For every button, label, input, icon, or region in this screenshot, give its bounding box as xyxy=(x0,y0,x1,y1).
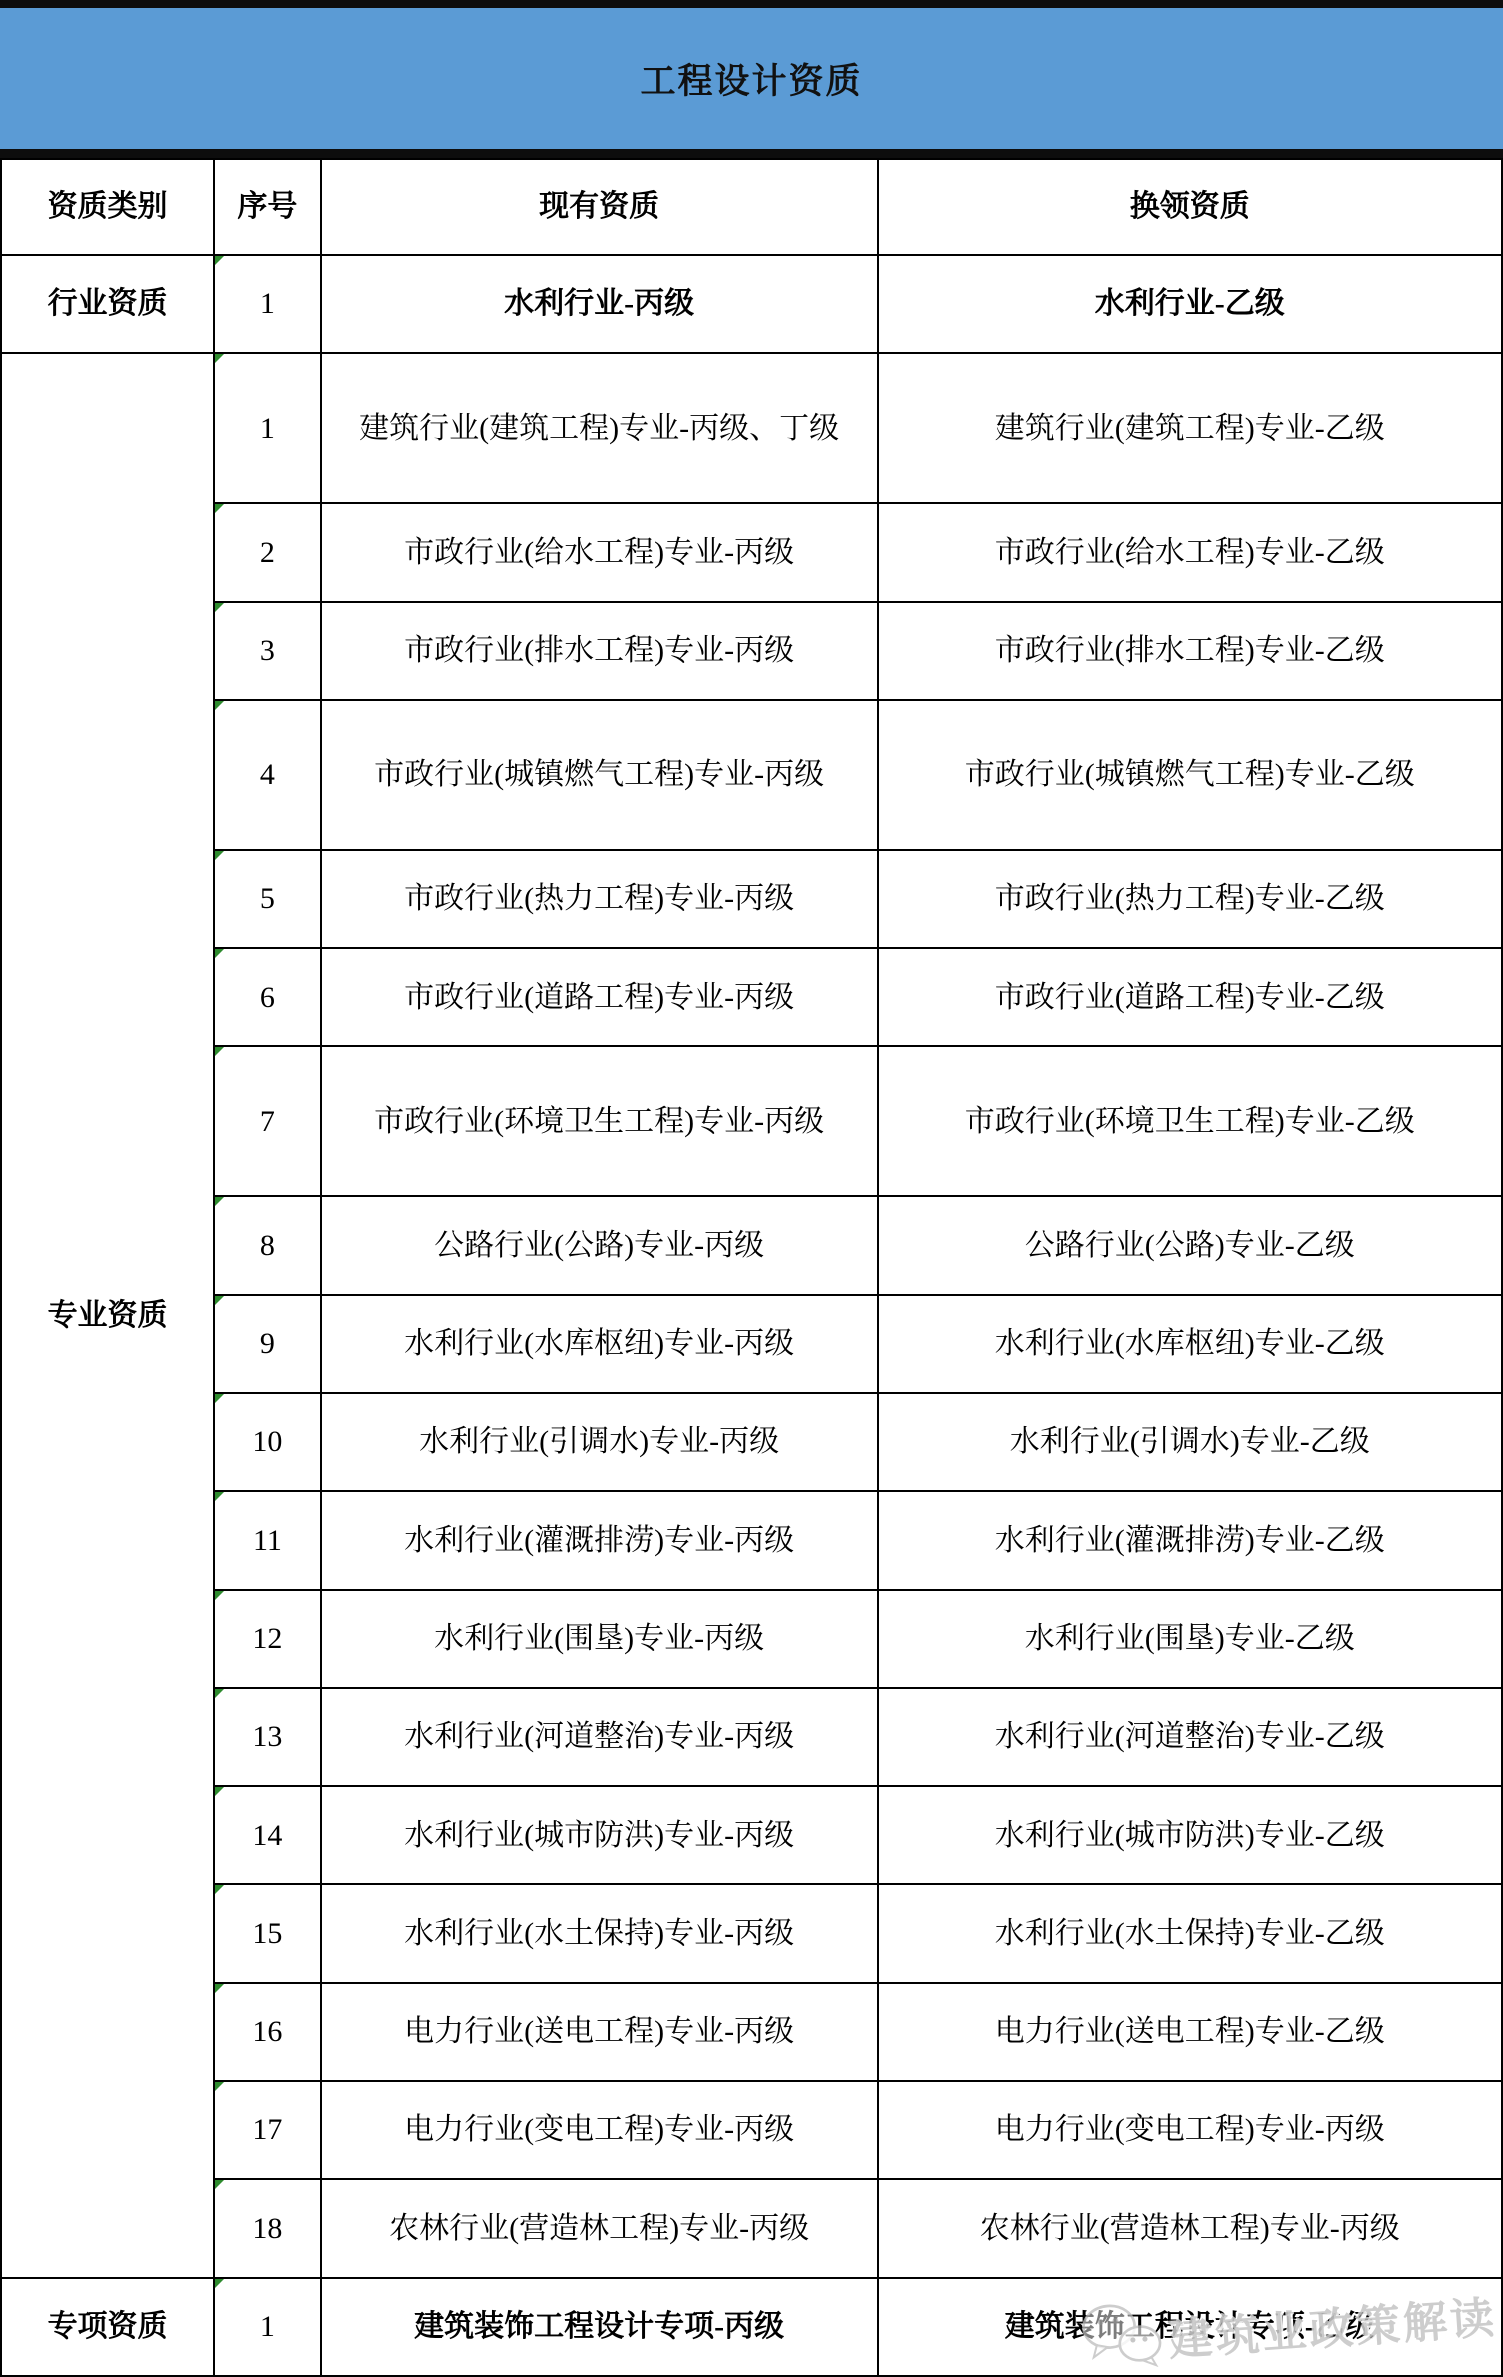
row-number: 14 xyxy=(252,1819,282,1852)
replacement-qualification-cell: 水利行业(河道整治)专业-乙级 xyxy=(878,1688,1502,1786)
current-qualification-cell: 市政行业(热力工程)专业-丙级 xyxy=(321,850,878,948)
row-number-cell: 1 xyxy=(214,353,321,503)
table-row: 专业资质1建筑行业(建筑工程)专业-丙级、丁级建筑行业(建筑工程)专业-乙级 xyxy=(1,353,1502,503)
comment-marker-icon xyxy=(215,504,224,513)
comment-marker-icon xyxy=(215,2082,224,2091)
row-number-cell: 17 xyxy=(214,2081,321,2179)
comment-marker-icon xyxy=(215,1885,224,1894)
table-row: 13水利行业(河道整治)专业-丙级水利行业(河道整治)专业-乙级 xyxy=(1,1688,1502,1786)
comment-marker-icon xyxy=(215,1984,224,1993)
comment-marker-icon xyxy=(215,1787,224,1796)
col-header-replacement: 换领资质 xyxy=(878,159,1502,255)
current-qualification-cell: 市政行业(道路工程)专业-丙级 xyxy=(321,948,878,1046)
table-title-banner: 工程设计资质 xyxy=(0,0,1503,158)
table-row: 10水利行业(引调水)专业-丙级水利行业(引调水)专业-乙级 xyxy=(1,1393,1502,1491)
row-number: 4 xyxy=(260,758,275,791)
current-qualification-cell: 建筑装饰工程设计专项-丙级 xyxy=(321,2278,878,2376)
row-number: 15 xyxy=(252,1917,282,1950)
comment-marker-icon xyxy=(215,851,224,860)
replacement-qualification-cell: 水利行业(水土保持)专业-乙级 xyxy=(878,1884,1502,1982)
replacement-qualification-cell: 公路行业(公路)专业-乙级 xyxy=(878,1196,1502,1294)
current-qualification-cell: 建筑行业(建筑工程)专业-丙级、丁级 xyxy=(321,353,878,503)
replacement-qualification-cell: 市政行业(环境卫生工程)专业-乙级 xyxy=(878,1046,1502,1196)
table-row: 行业资质1水利行业-丙级水利行业-乙级 xyxy=(1,255,1502,353)
row-number-cell: 1 xyxy=(214,255,321,353)
row-number: 16 xyxy=(252,2015,282,2048)
col-header-current: 现有资质 xyxy=(321,159,878,255)
table-row: 18农林行业(营造林工程)专业-丙级农林行业(营造林工程)专业-丙级 xyxy=(1,2179,1502,2277)
col-header-category: 资质类别 xyxy=(1,159,214,255)
table-row: 2市政行业(给水工程)专业-丙级市政行业(给水工程)专业-乙级 xyxy=(1,503,1502,601)
comment-marker-icon xyxy=(215,1492,224,1501)
current-qualification-cell: 水利行业-丙级 xyxy=(321,255,878,353)
comment-marker-icon xyxy=(215,256,224,265)
row-number: 10 xyxy=(252,1425,282,1458)
table-row: 9水利行业(水库枢纽)专业-丙级水利行业(水库枢纽)专业-乙级 xyxy=(1,1295,1502,1393)
current-qualification-cell: 农林行业(营造林工程)专业-丙级 xyxy=(321,2179,878,2277)
row-number: 13 xyxy=(252,1720,282,1753)
comment-marker-icon xyxy=(215,949,224,958)
replacement-qualification-cell: 水利行业(城市防洪)专业-乙级 xyxy=(878,1786,1502,1884)
replacement-qualification-cell: 水利行业(灌溉排涝)专业-乙级 xyxy=(878,1491,1502,1589)
comment-marker-icon xyxy=(215,2279,224,2288)
table-row: 15水利行业(水土保持)专业-丙级水利行业(水土保持)专业-乙级 xyxy=(1,1884,1502,1982)
row-number-cell: 1 xyxy=(214,2278,321,2376)
row-number: 5 xyxy=(260,882,275,915)
current-qualification-cell: 水利行业(水库枢纽)专业-丙级 xyxy=(321,1295,878,1393)
replacement-qualification-cell: 电力行业(变电工程)专业-丙级 xyxy=(878,2081,1502,2179)
row-number-cell: 6 xyxy=(214,948,321,1046)
current-qualification-cell: 市政行业(城镇燃气工程)专业-丙级 xyxy=(321,700,878,850)
comment-marker-icon xyxy=(215,1689,224,1698)
current-qualification-cell: 水利行业(引调水)专业-丙级 xyxy=(321,1393,878,1491)
row-number-cell: 13 xyxy=(214,1688,321,1786)
replacement-qualification-cell: 建筑装饰工程设计专项-乙级 xyxy=(878,2278,1502,2376)
row-number: 12 xyxy=(252,1622,282,1655)
table-row: 5市政行业(热力工程)专业-丙级市政行业(热力工程)专业-乙级 xyxy=(1,850,1502,948)
table-row: 11水利行业(灌溉排涝)专业-丙级水利行业(灌溉排涝)专业-乙级 xyxy=(1,1491,1502,1589)
table-row: 16电力行业(送电工程)专业-丙级电力行业(送电工程)专业-乙级 xyxy=(1,1983,1502,2081)
current-qualification-cell: 水利行业(城市防洪)专业-丙级 xyxy=(321,1786,878,1884)
category-cell: 专项资质 xyxy=(1,2278,214,2376)
row-number-cell: 2 xyxy=(214,503,321,601)
replacement-qualification-cell: 农林行业(营造林工程)专业-丙级 xyxy=(878,2179,1502,2277)
current-qualification-cell: 市政行业(排水工程)专业-丙级 xyxy=(321,602,878,700)
table-row: 6市政行业(道路工程)专业-丙级市政行业(道路工程)专业-乙级 xyxy=(1,948,1502,1046)
row-number: 1 xyxy=(260,287,275,320)
comment-marker-icon xyxy=(215,603,224,612)
current-qualification-cell: 水利行业(灌溉排涝)专业-丙级 xyxy=(321,1491,878,1589)
replacement-qualification-cell: 市政行业(给水工程)专业-乙级 xyxy=(878,503,1502,601)
row-number: 6 xyxy=(260,981,275,1014)
replacement-qualification-cell: 建筑行业(建筑工程)专业-乙级 xyxy=(878,353,1502,503)
row-number: 18 xyxy=(252,2212,282,2245)
current-qualification-cell: 电力行业(送电工程)专业-丙级 xyxy=(321,1983,878,2081)
replacement-qualification-cell: 市政行业(城镇燃气工程)专业-乙级 xyxy=(878,700,1502,850)
header-row: 资质类别 序号 现有资质 换领资质 xyxy=(1,159,1502,255)
current-qualification-cell: 水利行业(河道整治)专业-丙级 xyxy=(321,1688,878,1786)
comment-marker-icon xyxy=(215,1394,224,1403)
row-number: 1 xyxy=(260,2310,275,2343)
table-row: 17电力行业(变电工程)专业-丙级电力行业(变电工程)专业-丙级 xyxy=(1,2081,1502,2179)
replacement-qualification-cell: 水利行业-乙级 xyxy=(878,255,1502,353)
page-title: 工程设计资质 xyxy=(640,54,862,104)
row-number-cell: 12 xyxy=(214,1590,321,1688)
category-cell: 专业资质 xyxy=(1,353,214,2277)
row-number: 9 xyxy=(260,1327,275,1360)
replacement-qualification-cell: 水利行业(围垦)专业-乙级 xyxy=(878,1590,1502,1688)
row-number-cell: 4 xyxy=(214,700,321,850)
row-number-cell: 8 xyxy=(214,1196,321,1294)
replacement-qualification-cell: 市政行业(热力工程)专业-乙级 xyxy=(878,850,1502,948)
row-number: 3 xyxy=(260,634,275,667)
replacement-qualification-cell: 市政行业(道路工程)专业-乙级 xyxy=(878,948,1502,1046)
current-qualification-cell: 水利行业(围垦)专业-丙级 xyxy=(321,1590,878,1688)
row-number-cell: 14 xyxy=(214,1786,321,1884)
comment-marker-icon xyxy=(215,1047,224,1056)
current-qualification-cell: 公路行业(公路)专业-丙级 xyxy=(321,1196,878,1294)
table-body: 行业资质1水利行业-丙级水利行业-乙级专业资质1建筑行业(建筑工程)专业-丙级、… xyxy=(1,255,1502,2376)
comment-marker-icon xyxy=(215,1296,224,1305)
comment-marker-icon xyxy=(215,354,224,363)
row-number-cell: 7 xyxy=(214,1046,321,1196)
row-number: 7 xyxy=(260,1105,275,1138)
row-number-cell: 11 xyxy=(214,1491,321,1589)
row-number-cell: 18 xyxy=(214,2179,321,2277)
current-qualification-cell: 电力行业(变电工程)专业-丙级 xyxy=(321,2081,878,2179)
comment-marker-icon xyxy=(215,1591,224,1600)
table-row: 7市政行业(环境卫生工程)专业-丙级市政行业(环境卫生工程)专业-乙级 xyxy=(1,1046,1502,1196)
row-number: 1 xyxy=(260,412,275,445)
current-qualification-cell: 水利行业(水土保持)专业-丙级 xyxy=(321,1884,878,1982)
replacement-qualification-cell: 市政行业(排水工程)专业-乙级 xyxy=(878,602,1502,700)
col-header-number: 序号 xyxy=(214,159,321,255)
row-number-cell: 15 xyxy=(214,1884,321,1982)
row-number: 2 xyxy=(260,536,275,569)
table-row: 12水利行业(围垦)专业-丙级水利行业(围垦)专业-乙级 xyxy=(1,1590,1502,1688)
table-row: 8公路行业(公路)专业-丙级公路行业(公路)专业-乙级 xyxy=(1,1196,1502,1294)
replacement-qualification-cell: 水利行业(引调水)专业-乙级 xyxy=(878,1393,1502,1491)
row-number-cell: 3 xyxy=(214,602,321,700)
current-qualification-cell: 市政行业(给水工程)专业-丙级 xyxy=(321,503,878,601)
row-number-cell: 10 xyxy=(214,1393,321,1491)
row-number-cell: 9 xyxy=(214,1295,321,1393)
comment-marker-icon xyxy=(215,2180,224,2189)
comment-marker-icon xyxy=(215,1197,224,1206)
replacement-qualification-cell: 水利行业(水库枢纽)专业-乙级 xyxy=(878,1295,1502,1393)
comment-marker-icon xyxy=(215,701,224,710)
row-number: 8 xyxy=(260,1229,275,1262)
table-row: 3市政行业(排水工程)专业-丙级市政行业(排水工程)专业-乙级 xyxy=(1,602,1502,700)
row-number-cell: 5 xyxy=(214,850,321,948)
table-row: 4市政行业(城镇燃气工程)专业-丙级市政行业(城镇燃气工程)专业-乙级 xyxy=(1,700,1502,850)
row-number-cell: 16 xyxy=(214,1983,321,2081)
table-row: 专项资质1建筑装饰工程设计专项-丙级建筑装饰工程设计专项-乙级 xyxy=(1,2278,1502,2376)
table-row: 14水利行业(城市防洪)专业-丙级水利行业(城市防洪)专业-乙级 xyxy=(1,1786,1502,1884)
qualification-table: 资质类别 序号 现有资质 换领资质 行业资质1水利行业-丙级水利行业-乙级专业资… xyxy=(0,158,1503,2377)
row-number: 11 xyxy=(253,1524,282,1557)
row-number: 17 xyxy=(252,2113,282,2146)
category-cell: 行业资质 xyxy=(1,255,214,353)
replacement-qualification-cell: 电力行业(送电工程)专业-乙级 xyxy=(878,1983,1502,2081)
current-qualification-cell: 市政行业(环境卫生工程)专业-丙级 xyxy=(321,1046,878,1196)
